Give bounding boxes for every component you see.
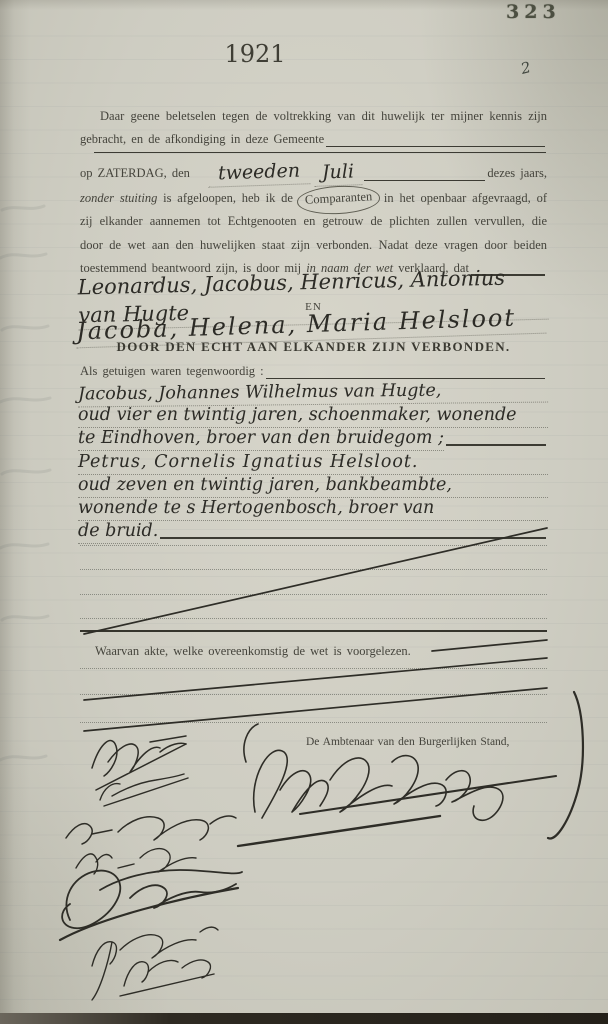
signature-official [244,692,583,838]
strikeout-line [84,528,547,634]
ink-overlay [0,0,608,1024]
strikeout-lines [84,528,547,731]
signature-left-6 [92,927,218,1000]
bleed-through-ghost-text [0,206,50,760]
marriage-register-page: 323 1921 2 Daar geene beletselen tegen d… [0,0,608,1024]
signature-witness-1 [66,816,440,846]
signature-left-7 [120,960,214,996]
strikeout-line [432,640,547,651]
scan-bottom-edge [0,1013,608,1024]
signature-bride [100,774,188,806]
signature-groom [92,736,186,790]
signature-flourish [60,870,242,940]
